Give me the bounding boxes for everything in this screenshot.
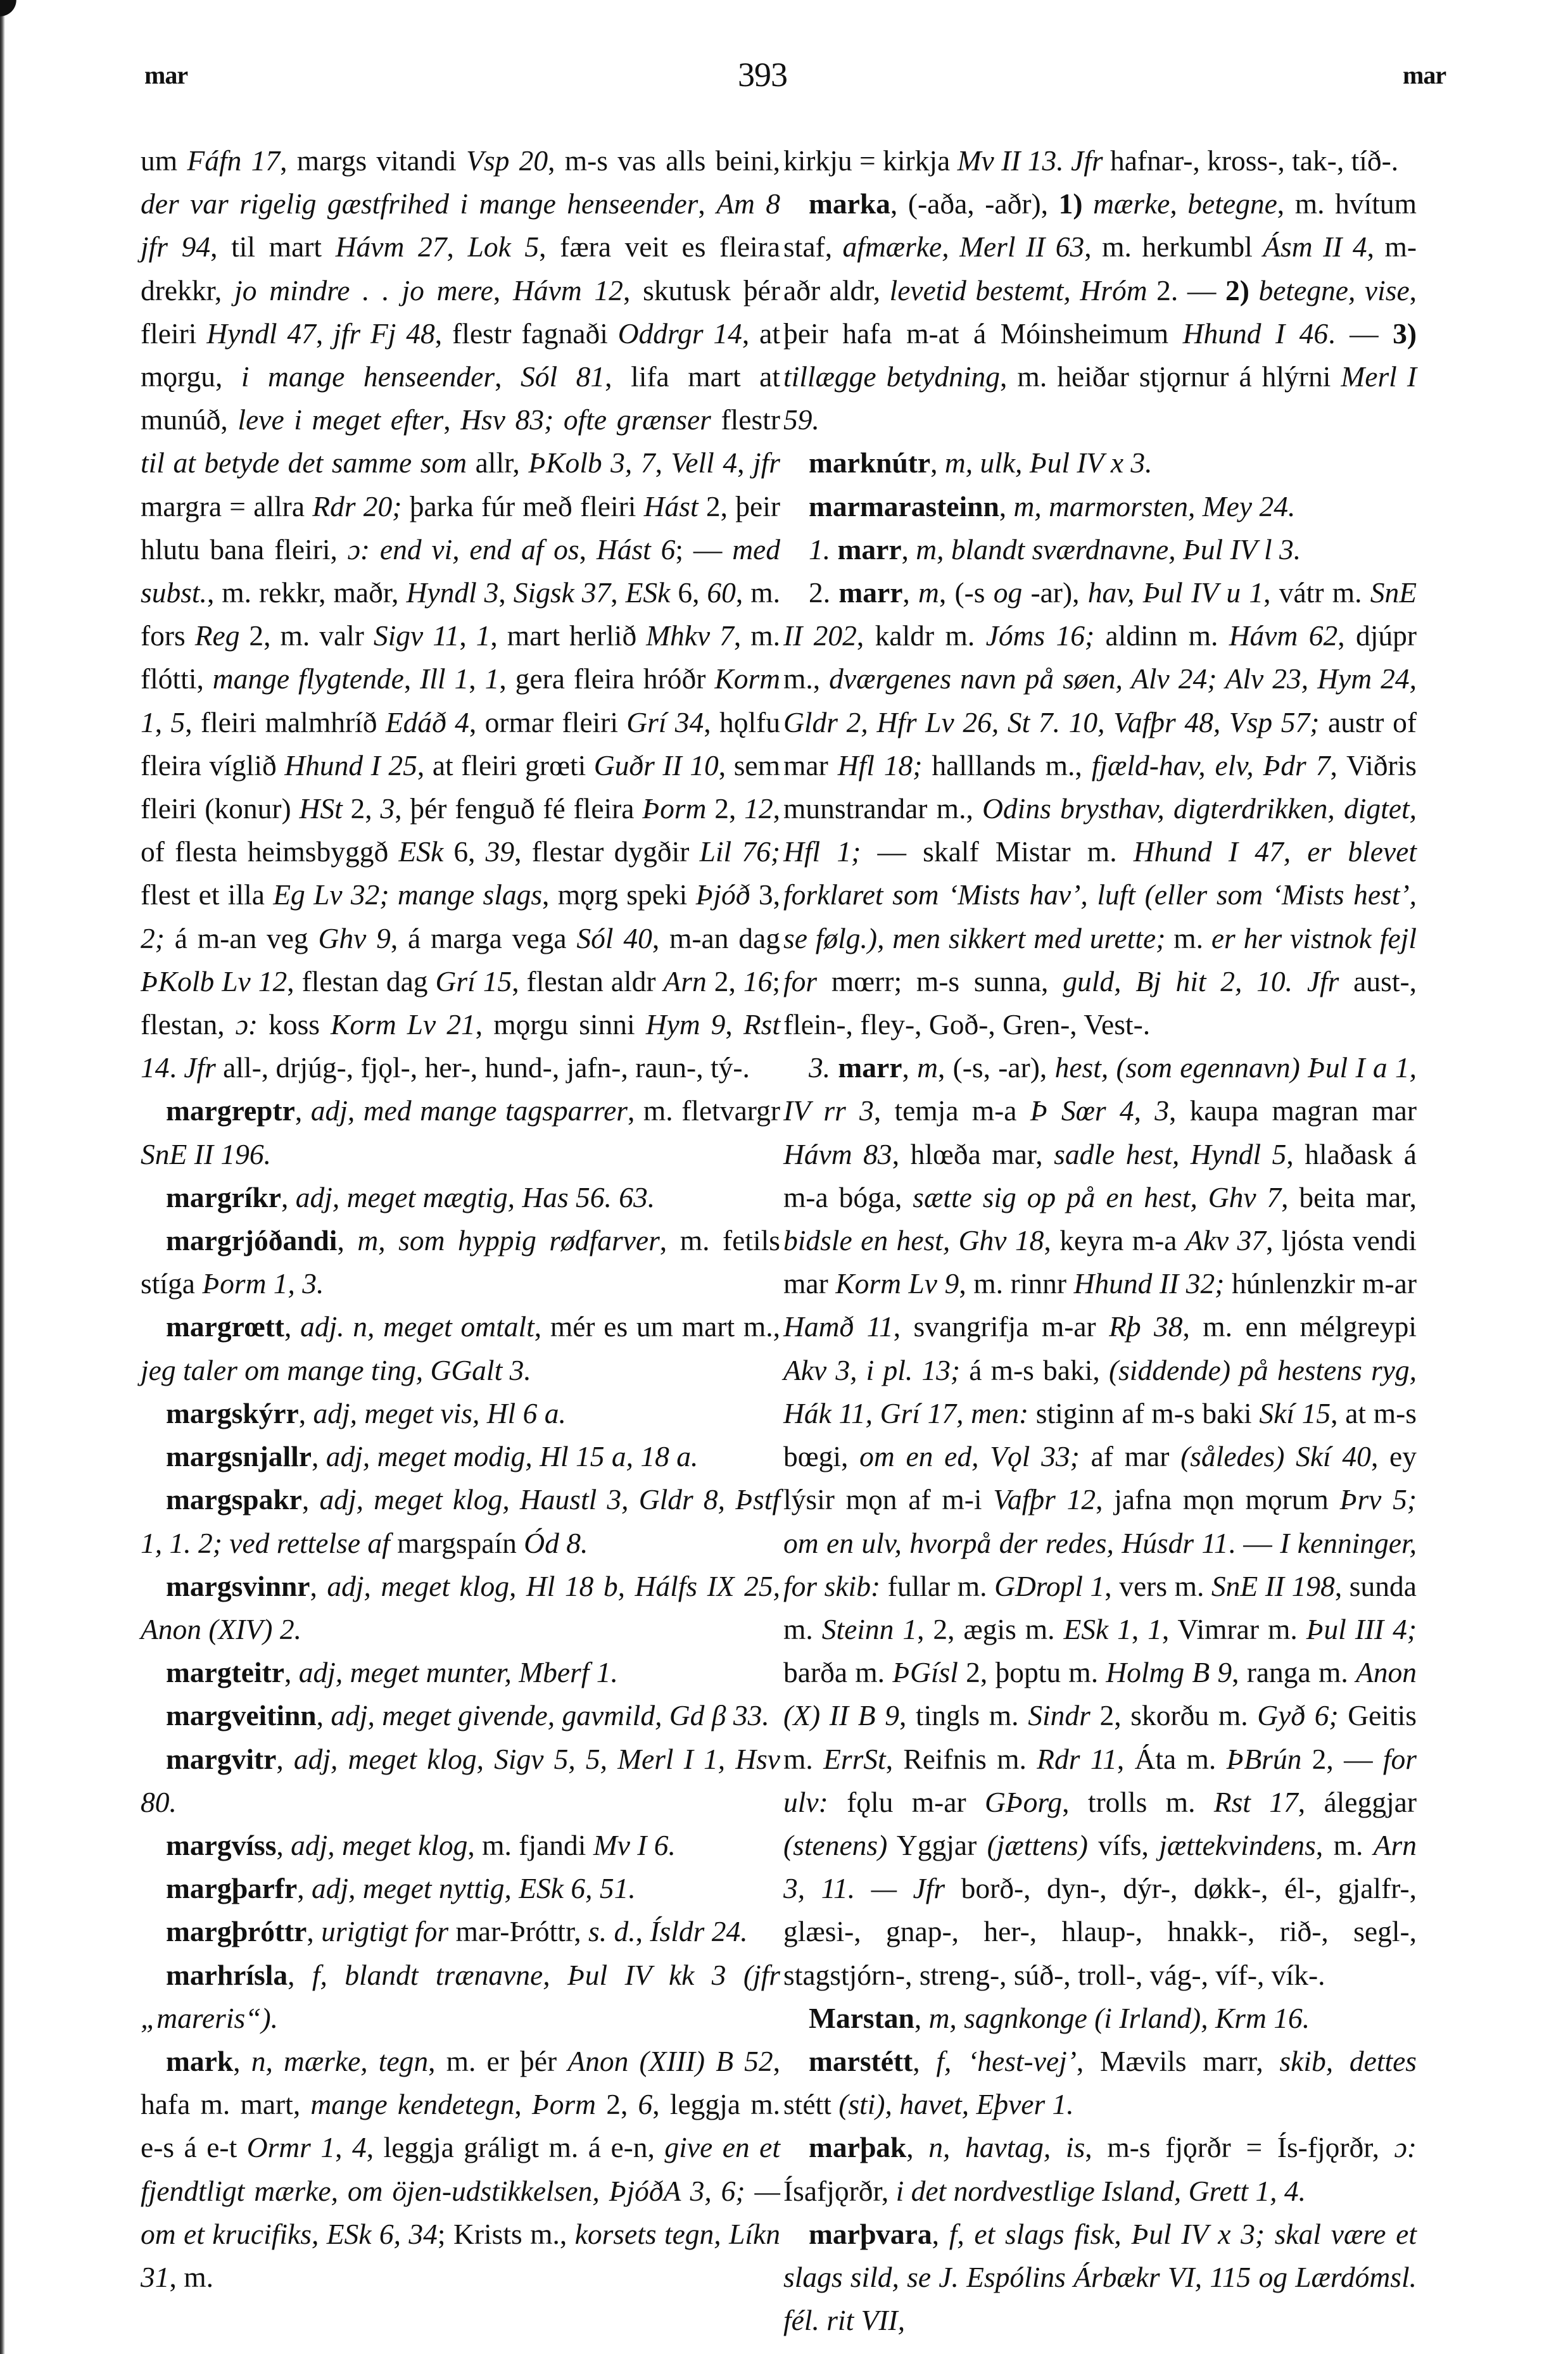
dictionary-entry: 1. marr, m, blandt sværdnavne, Þul IV l …	[783, 528, 1417, 571]
italic-text: ESk	[626, 576, 671, 609]
headword: marka	[809, 187, 890, 220]
italic-text: HSt	[299, 792, 342, 825]
italic-text: 16	[743, 965, 773, 997]
roman-text: — skalf Mistar m.	[861, 835, 1134, 868]
roman-text: , m. fletvargr	[628, 1094, 780, 1127]
left-guide-word: mar	[144, 60, 187, 90]
italic-text: Edáð 4	[386, 706, 469, 738]
roman-text: , til mart	[210, 231, 336, 263]
italic-text: m	[918, 576, 939, 609]
headword: marþvara	[809, 2218, 932, 2250]
roman-text: , margs vitandi	[280, 144, 466, 177]
italic-text: fjæld-hav, elv, Þdr 7	[1092, 749, 1331, 782]
roman-text: -ar),	[1022, 576, 1087, 609]
roman-text: ,	[297, 1872, 312, 1904]
italic-text: Anon (XIII) B 52	[567, 2045, 773, 2077]
italic-text: adj, meget modig, Hl 15 a, 18 a.	[326, 1440, 699, 1472]
italic-text: Lok 5	[468, 231, 540, 263]
italic-text: Jóms 16;	[986, 619, 1095, 652]
italic-text: Fáfn 17	[187, 144, 280, 177]
roman-text: ,	[295, 1094, 311, 1127]
roman-text: ,	[698, 187, 716, 220]
roman-text: ; —	[675, 533, 732, 566]
italic-text: Korm Lv 9	[835, 1267, 959, 1300]
dictionary-entry: margteitr, adj, meget munter, Mberf 1.	[141, 1651, 780, 1694]
italic-text: SnE II 196.	[141, 1138, 271, 1170]
headword: Marstan	[809, 2002, 914, 2034]
headword: marhrísla	[166, 1959, 288, 1991]
roman-text: ,	[233, 2045, 251, 2077]
italic-text: sadle hest, Hyndl 5	[1054, 1138, 1286, 1170]
italic-text: Oddrgr 14	[618, 317, 742, 350]
italic-text: adj, med mange tagsparrer	[311, 1094, 628, 1127]
italic-text: f, ‘hest-vej’	[936, 2045, 1077, 2077]
roman-text: ,	[999, 490, 1014, 522]
roman-text: ,	[302, 1483, 320, 1516]
italic-text: Þorm	[532, 2088, 596, 2120]
dictionary-entry: margvíss, adj, meget klog, m. fjandi Mv …	[141, 1824, 780, 1867]
italic-text: Ghv 9	[318, 922, 390, 954]
dictionary-entry: marknútr, m, ulk, Þul IV x 3.	[783, 441, 1417, 484]
italic-text: Þjóð	[696, 878, 750, 911]
italic-text: betegne, vise	[1258, 274, 1409, 307]
roman-text: ,	[288, 1959, 312, 1991]
italic-text: Holmg B 9	[1106, 1656, 1232, 1688]
roman-text: . —	[1229, 1527, 1280, 1559]
roman-text: ,	[317, 1699, 331, 1731]
roman-text: ,	[284, 1310, 300, 1343]
roman-text: , m. er þér	[428, 2045, 567, 2077]
headword: margvitr	[166, 1743, 276, 1775]
roman-text: á m-s baki,	[960, 1354, 1109, 1386]
italic-text: afmærke, Merl II 63	[843, 231, 1085, 263]
left-column: um Fáfn 17, margs vitandi Vsp 20, m-s va…	[141, 139, 780, 2299]
italic-text: hav, Þul IV u 1	[1088, 576, 1263, 609]
italic-text: Rþ 38	[1109, 1310, 1182, 1343]
italic-text: (jættens)	[987, 1829, 1088, 1861]
roman-text: flest et illa	[141, 878, 273, 911]
italic-text: mange flygtende	[213, 662, 404, 695]
roman-text: á m-an veg	[165, 922, 319, 954]
italic-text: leve i meget efter	[237, 403, 443, 436]
roman-text: 2, þoptu m.	[958, 1656, 1106, 1688]
italic-text: til at betyde det samme som	[141, 446, 467, 479]
roman-text: ,	[337, 1224, 357, 1256]
italic-text: ÞBrún	[1227, 1743, 1302, 1775]
dictionary-entry: margþróttr, urigtigt for mar-Þróttr, s. …	[141, 1910, 780, 1953]
italic-text: n, mærke, tegn	[251, 2045, 428, 2077]
dictionary-entry: margríkr, adj, meget mægtig, Has 56. 63.	[141, 1176, 780, 1219]
roman-text: flestr	[711, 403, 780, 436]
roman-text: , Vimrar m.	[1162, 1613, 1306, 1645]
italic-text: adj, meget vis, Hl 6 a.	[313, 1397, 566, 1429]
roman-text: , (-s	[939, 576, 994, 609]
italic-text: Hsv 83; ofte grænser	[460, 403, 711, 436]
roman-text: 2, —	[1301, 1743, 1383, 1775]
roman-text: , þér fenguð fé fleira	[395, 792, 642, 825]
dictionary-entry: Marstan, m, sagnkonge (i Irland), Krm 16…	[783, 1997, 1417, 2040]
roman-text: margspaín	[390, 1527, 524, 1559]
roman-text: ,	[610, 576, 625, 609]
italic-text: Ásm II 4	[1263, 231, 1367, 263]
italic-text: Eg Lv 32; mange slags	[273, 878, 542, 911]
italic-text: jfr Fj 48	[333, 317, 435, 350]
roman-text: þarka fúr með fleiri	[401, 490, 643, 522]
roman-text: , gera fleira hróðr	[499, 662, 714, 695]
dictionary-entry: marþak, n, havtag, is, m-s fjǫrðr = Ís-f…	[783, 2126, 1417, 2212]
roman-text: ,	[276, 1743, 294, 1775]
italic-text: Hyndl 3	[407, 576, 499, 609]
italic-text: ErrSt	[823, 1743, 886, 1775]
dictionary-entry: margveitinn, adj, meget givende, gavmild…	[141, 1694, 780, 1737]
headword: marr	[838, 1051, 902, 1084]
italic-text: 1	[476, 619, 491, 652]
right-guide-word: mar	[1403, 60, 1446, 90]
page-header: mar 393 mar	[0, 60, 1568, 111]
italic-text: jo mindre . . jo mere	[234, 274, 493, 307]
headword: mark	[166, 2045, 233, 2077]
italic-text: skib, dettes	[1279, 2045, 1417, 2077]
roman-text: ,	[459, 619, 476, 652]
roman-text: mœrr; m-s sunna,	[817, 965, 1063, 997]
italic-text: jættekvindens	[1159, 1829, 1316, 1861]
italic-text: Mv II 13. Jfr	[958, 144, 1103, 177]
italic-text: Grí 34	[626, 706, 704, 738]
roman-text: , m. herkumbl	[1084, 231, 1263, 263]
italic-text: mærke, betegne	[1093, 187, 1277, 220]
headword: 2)	[1225, 274, 1249, 307]
roman-text: mar-Þróttr,	[448, 1915, 588, 1947]
roman-text: ,	[493, 274, 513, 307]
italic-text: GÞorg	[985, 1786, 1062, 1818]
italic-text: SnE II 198	[1211, 1570, 1335, 1602]
headword: marþak	[809, 2131, 906, 2163]
roman-text: ,	[902, 576, 918, 609]
italic-text: 4	[352, 2131, 367, 2163]
roman-text: , 2, ægis m.	[917, 1613, 1063, 1645]
italic-text: Sigv 11	[374, 619, 459, 652]
roman-text: halllands m.,	[922, 749, 1091, 782]
roman-text: ,	[579, 533, 597, 566]
dictionary-entry: um Fáfn 17, margs vitandi Vsp 20, m-s va…	[141, 139, 780, 1089]
roman-text	[1082, 187, 1093, 220]
italic-text: Þ Sœr 4, 3	[1030, 1094, 1169, 1127]
roman-text: , m. enn mélgreypi	[1183, 1310, 1417, 1343]
italic-text: Akv 3, i pl. 13;	[783, 1354, 960, 1386]
roman-text: húnlenzkir m-ar	[1224, 1267, 1417, 1300]
dictionary-entry: margsnjallr, adj, meget modig, Hl 15 a, …	[141, 1435, 780, 1478]
italic-text: 1	[1148, 1613, 1162, 1645]
roman-text: 6,	[670, 576, 707, 609]
italic-text: ÞGísl	[892, 1656, 958, 1688]
italic-text: Akv 37	[1185, 1224, 1266, 1256]
roman-text: , mǫrg speki	[542, 878, 696, 911]
headword: margvíss	[166, 1829, 276, 1861]
headword: margsnjallr	[166, 1440, 312, 1472]
headword: margsvinnr	[166, 1570, 310, 1602]
roman-text: 2,	[706, 792, 744, 825]
roman-text: ,	[932, 2218, 949, 2250]
roman-text: 2,	[707, 965, 743, 997]
italic-text: Þorm	[642, 792, 706, 825]
italic-text: ɔ: end vi, end af os	[348, 533, 579, 566]
roman-text: , vers m.	[1104, 1570, 1211, 1602]
headword: margrjóðandi	[166, 1224, 337, 1256]
right-column: kirkju = kirkja Mv II 13. Jfr hafnar-, k…	[783, 139, 1417, 2342]
roman-text: ,	[443, 403, 460, 436]
dictionary-entry: kirkju = kirkja Mv II 13. Jfr hafnar-, k…	[783, 139, 1417, 182]
italic-text: Sigsk 37	[514, 576, 611, 609]
italic-text: (sti), havet, Eþver 1.	[838, 2088, 1073, 2120]
italic-text: GDropl 1	[994, 1570, 1104, 1602]
italic-text: jeg taler om mange ting, GGalt 3.	[141, 1354, 531, 1386]
roman-text: , á marga vega	[391, 922, 577, 954]
roman-text: , Reifnis m.	[886, 1743, 1037, 1775]
italic-text: Skí 15	[1259, 1397, 1331, 1429]
roman-text: ; Krists m.,	[438, 2218, 575, 2250]
headword: margþróttr	[166, 1915, 307, 1947]
roman-text: , flestan dag	[287, 965, 435, 997]
roman-text: ,	[281, 1181, 296, 1213]
italic-text: 6	[638, 2088, 653, 2120]
dictionary-entry: marþvara, f, et slags fisk, Þul IV x 3; …	[783, 2213, 1417, 2343]
italic-text: Hást 6	[597, 533, 676, 566]
italic-text: Lil 76;	[700, 835, 780, 868]
roman-text: ,	[913, 2045, 936, 2077]
roman-text: . —	[1328, 317, 1393, 350]
roman-text: , jafna mǫn mǫrum	[1096, 1483, 1340, 1516]
italic-text: mange kendetegn	[310, 2088, 514, 2120]
roman-text: koss	[258, 1008, 331, 1041]
roman-text: , flestan aldr	[512, 965, 663, 997]
roman-text: ,	[276, 1829, 291, 1861]
italic-text: Vafþr 12	[993, 1483, 1096, 1516]
italic-text: ÞKolb 3, 7	[528, 446, 655, 479]
dictionary-entry: margskýrr, adj, meget vis, Hl 6 a.	[141, 1392, 780, 1435]
italic-text: Hhund II 32;	[1074, 1267, 1225, 1300]
headword: margskýrr	[166, 1397, 299, 1429]
roman-text: , m-an dag	[652, 922, 780, 954]
dictionary-entry: marhrísla, f, blandt trænavne, Þul IV kk…	[141, 1954, 780, 2040]
roman-text: ,	[310, 1570, 327, 1602]
italic-text: bidsle en hest, Ghv 18	[783, 1224, 1044, 1256]
roman-text: , mǫrgu sinni	[476, 1008, 646, 1041]
roman-text: m.	[1165, 922, 1211, 954]
roman-text: ,	[404, 662, 420, 695]
italic-text: adj, meget mægtig, Has 56. 63.	[296, 1181, 655, 1213]
roman-text: barða m.	[783, 1656, 892, 1688]
roman-text: , mart herlið	[490, 619, 646, 652]
italic-text: Vsp 20	[466, 144, 548, 177]
roman-text: , trolls m.	[1062, 1786, 1214, 1818]
italic-text: ÞKolb Lv 12	[141, 965, 287, 997]
headword: margrœtt	[166, 1310, 284, 1343]
italic-text: Þul III 4;	[1306, 1613, 1417, 1645]
italic-text: Rst 17	[1214, 1786, 1298, 1818]
page-number: 393	[738, 55, 787, 94]
italic-text: 39	[486, 835, 515, 868]
roman-text: ,	[902, 533, 916, 566]
headword: margríkr	[166, 1181, 281, 1213]
roman-text: kirkju = kirkja	[783, 144, 958, 177]
roman-text: 2.	[809, 576, 838, 609]
roman-text: 2, skorðu m.	[1091, 1699, 1257, 1731]
roman-text: ,	[725, 1008, 743, 1041]
italic-text: Ód 8.	[524, 1527, 588, 1559]
italic-text: Þorm 1, 3.	[202, 1267, 324, 1300]
italic-text: Korm Lv 21	[331, 1008, 476, 1041]
italic-text: Rdr 20;	[312, 490, 401, 522]
roman-text: aldinn m.	[1094, 619, 1229, 652]
italic-text: Mv I 6.	[593, 1829, 676, 1861]
italic-text: m, marmorsten, Mey 24.	[1014, 490, 1296, 522]
dictionary-entry: margrœtt, adj. n, meget omtalt, mér es u…	[141, 1305, 780, 1391]
roman-text: , kaldr m.	[857, 619, 986, 652]
italic-text: adj, meget nyttig, ESk 6, 51.	[312, 1872, 636, 1904]
roman-text: ,	[284, 1656, 299, 1688]
roman-text: , m-s vas alls beini,	[548, 144, 780, 177]
roman-text: fullar m.	[880, 1570, 994, 1602]
italic-text: adj, meget klog	[291, 1829, 467, 1861]
italic-text: Hávm 27	[336, 231, 447, 263]
dictionary-entry: marka, (-aða, -aðr), 1) mærke, betegne, …	[783, 182, 1417, 441]
italic-text: Hym 9	[646, 1008, 726, 1041]
scan-edge	[0, 0, 5, 2354]
dictionary-entry: margsvinnr, adj, meget klog, Hl 18 b, Há…	[141, 1565, 780, 1651]
italic-text: Gyð 6;	[1257, 1699, 1338, 1731]
italic-text: Hfl 18;	[838, 749, 923, 782]
roman-text: , Mævils marr,	[1077, 2045, 1280, 2077]
headword: marr	[838, 576, 902, 609]
roman-text: ,	[312, 1440, 326, 1472]
headword: margspakr	[166, 1483, 302, 1516]
italic-text: Ísldr 24.	[650, 1915, 747, 1947]
roman-text: ,	[636, 1915, 650, 1947]
roman-text: , (-aða, -aðr),	[890, 187, 1059, 220]
roman-text: , at fleiri grœti	[417, 749, 594, 782]
italic-text: (således) Skí 40	[1180, 1440, 1371, 1472]
italic-text: der var rigelig gæstfrihed i mange hense…	[141, 187, 698, 220]
roman-text: ,	[498, 576, 513, 609]
dictionary-entry: margreptr, adj, med mange tagsparrer, m.…	[141, 1089, 780, 1175]
roman-text: Yggjar	[887, 1829, 987, 1861]
italic-text: Hamð 11	[783, 1310, 894, 1343]
headword: marr	[838, 533, 902, 566]
dictionary-entry: 2. marr, m, (-s og -ar), hav, Þul IV u 1…	[783, 571, 1417, 1046]
roman-text: , m.	[1316, 1829, 1374, 1861]
dictionary-entry: margvitr, adj, meget klog, Sigv 5, 5, Me…	[141, 1738, 780, 1824]
italic-text: ɔ:	[1394, 2131, 1417, 2163]
roman-text: , ormar fleiri	[469, 706, 626, 738]
roman-text: , flestr fagnaði	[435, 317, 618, 350]
headword: marstétt	[809, 2045, 913, 2077]
roman-text: , áleggjar	[1298, 1786, 1417, 1818]
roman-text: , leggja gráligt m. á e-n,	[367, 2131, 665, 2163]
italic-text: ESk 1	[1063, 1613, 1131, 1645]
italic-text: m, blandt sværdnavne, Þul IV l 3.	[916, 533, 1301, 566]
roman-text: , mér es um mart m.,	[534, 1310, 780, 1343]
italic-text: i det nordvestlige Island, Grett 1, 4.	[896, 2175, 1306, 2207]
headword: margþarfr	[166, 1872, 297, 1904]
italic-text: 1.	[809, 533, 838, 566]
roman-text: , m.	[170, 2261, 214, 2293]
roman-text: ,	[469, 662, 484, 695]
roman-text: 6,	[443, 835, 486, 868]
roman-text: , vátr m.	[1263, 576, 1370, 609]
italic-text: Ormr 1	[247, 2131, 335, 2163]
roman-text: ,	[495, 360, 521, 393]
italic-text: s. d.	[588, 1915, 636, 1947]
roman-text: , Áta m.	[1117, 1743, 1227, 1775]
italic-text: Guðr II 10	[594, 749, 719, 782]
italic-text: og	[994, 576, 1023, 609]
roman-text: , ranga m.	[1232, 1656, 1356, 1688]
roman-text: , svangrifja m-ar	[894, 1310, 1109, 1343]
italic-text: n, havtag, is	[928, 2131, 1085, 2163]
roman-text: 3,	[750, 878, 780, 911]
roman-text: stiginn af m-s baki	[1028, 1397, 1259, 1429]
italic-text: Hávm 83	[783, 1138, 892, 1170]
headword: marknútr	[809, 446, 930, 479]
italic-text: guld, Bj hit 2, 10. Jfr	[1063, 965, 1339, 997]
roman-text: all-, drjúg-, fjǫl-, her-, hund-, jafn-,…	[216, 1051, 750, 1084]
roman-text: , m. rekkr, maðr,	[207, 576, 407, 609]
italic-text: Vell 4	[671, 446, 738, 479]
italic-text: Sól 40	[576, 922, 652, 954]
roman-text: 2, m. valr	[239, 619, 373, 652]
italic-text: 1	[485, 662, 500, 695]
italic-text: m, sagnkonge (i Irland), Krm 16.	[929, 2002, 1310, 2034]
headword: margteitr	[166, 1656, 284, 1688]
roman-text: ,	[1132, 1613, 1148, 1645]
dictionary-entry: margþarfr, adj, meget nyttig, ESk 6, 51.	[141, 1867, 780, 1910]
italic-text: 3.	[809, 1051, 838, 1084]
roman-text: , flestar dygðir	[514, 835, 699, 868]
italic-text: Steinn 1	[822, 1613, 917, 1645]
italic-text: Sindr	[1028, 1699, 1091, 1731]
italic-text: Hhund I 25	[284, 749, 417, 782]
roman-text: , m. heiðar stjǫrnur á hlýrni	[1000, 360, 1341, 393]
scan-corner	[0, 0, 25, 25]
dictionary-entry: margspakr, adj, meget klog, Haustl 3, Gl…	[141, 1478, 780, 1564]
roman-text: Ísafjǫrðr,	[783, 2175, 896, 2207]
italic-text: adj, meget givende, gavmild, Gd β 33.	[331, 1699, 769, 1731]
italic-text: jfr	[753, 446, 780, 479]
italic-text: levetid bestemt, Hróm	[890, 274, 1148, 307]
roman-text: ,	[307, 1915, 321, 1947]
italic-text: ɔ:	[236, 1008, 258, 1041]
roman-text: margra = allra	[141, 490, 312, 522]
roman-text	[1249, 274, 1259, 307]
roman-text: , tingls m.	[899, 1699, 1028, 1731]
headword: 1)	[1059, 187, 1083, 220]
roman-text: allr,	[467, 446, 528, 479]
italic-text: adj, meget munter, Mberf 1.	[299, 1656, 618, 1688]
headword: 3)	[1393, 317, 1417, 350]
roman-text: stétt	[783, 2088, 838, 2120]
roman-text: ,	[447, 231, 468, 263]
roman-text: ,	[737, 446, 753, 479]
roman-text: fǫlu m-ar	[828, 1786, 985, 1818]
roman-text: ,	[155, 706, 171, 738]
italic-text: m, ulk, Þul IV x 3.	[945, 446, 1153, 479]
italic-text: Rdr 11	[1037, 1743, 1117, 1775]
italic-text: Jfr	[184, 1051, 216, 1084]
headword: marmarasteinn	[809, 490, 999, 522]
roman-text: ,	[655, 446, 671, 479]
roman-text: ,	[316, 317, 333, 350]
italic-text: Hávm 62	[1229, 619, 1338, 652]
